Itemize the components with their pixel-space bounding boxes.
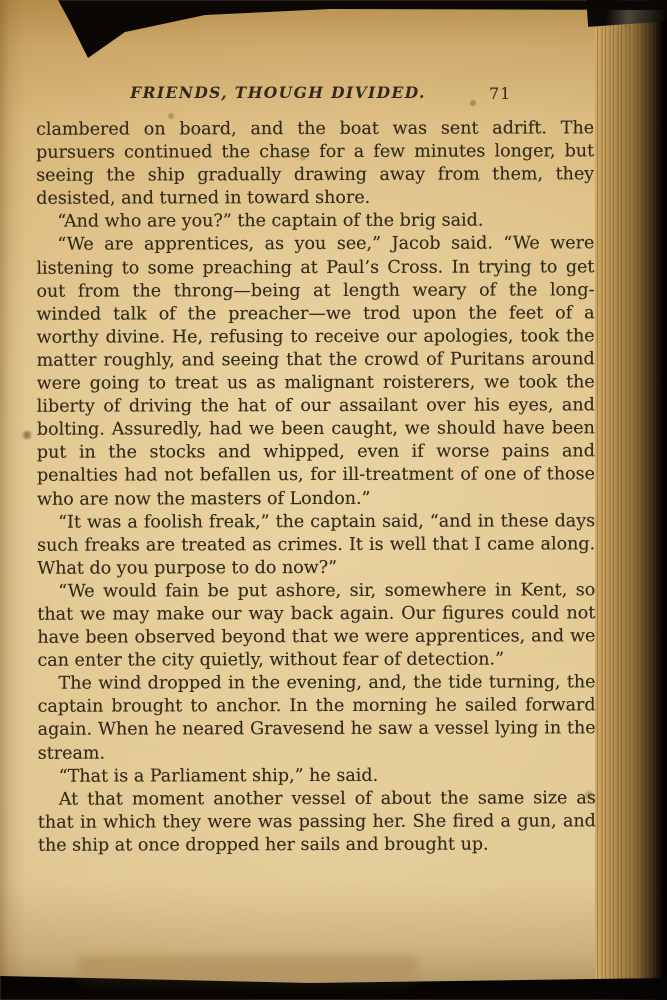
body-paragraph: “We would fain be put ashore, sir, somew… <box>37 579 595 673</box>
page-body-text: clambered on board, and the boat was sen… <box>36 117 596 857</box>
body-paragraph: clambered on board, and the boat was sen… <box>36 117 594 211</box>
body-paragraph: “That is a Parliament ship,” he said. <box>38 764 596 789</box>
page-number: 71 <box>489 84 511 103</box>
body-paragraph: At that moment another vessel of about t… <box>38 787 596 858</box>
running-header-title: FRIENDS, THOUGH DIVIDED. <box>118 83 438 102</box>
body-paragraph: “It was a foolish freak,” the captain sa… <box>37 510 595 581</box>
bottom-shadow-smudge <box>78 956 418 988</box>
body-paragraph: “And who are you?” the captain of the br… <box>36 210 594 235</box>
body-paragraph: “We are apprentices, as you see,” Jacob … <box>36 233 595 512</box>
paper-specks <box>0 0 6 6</box>
book-page-scan: FRIENDS, THOUGH DIVIDED. 71 clambered on… <box>0 0 667 1000</box>
page-edge-stack <box>595 0 667 1000</box>
body-paragraph: The wind dropped in the evening, and, th… <box>37 672 595 766</box>
